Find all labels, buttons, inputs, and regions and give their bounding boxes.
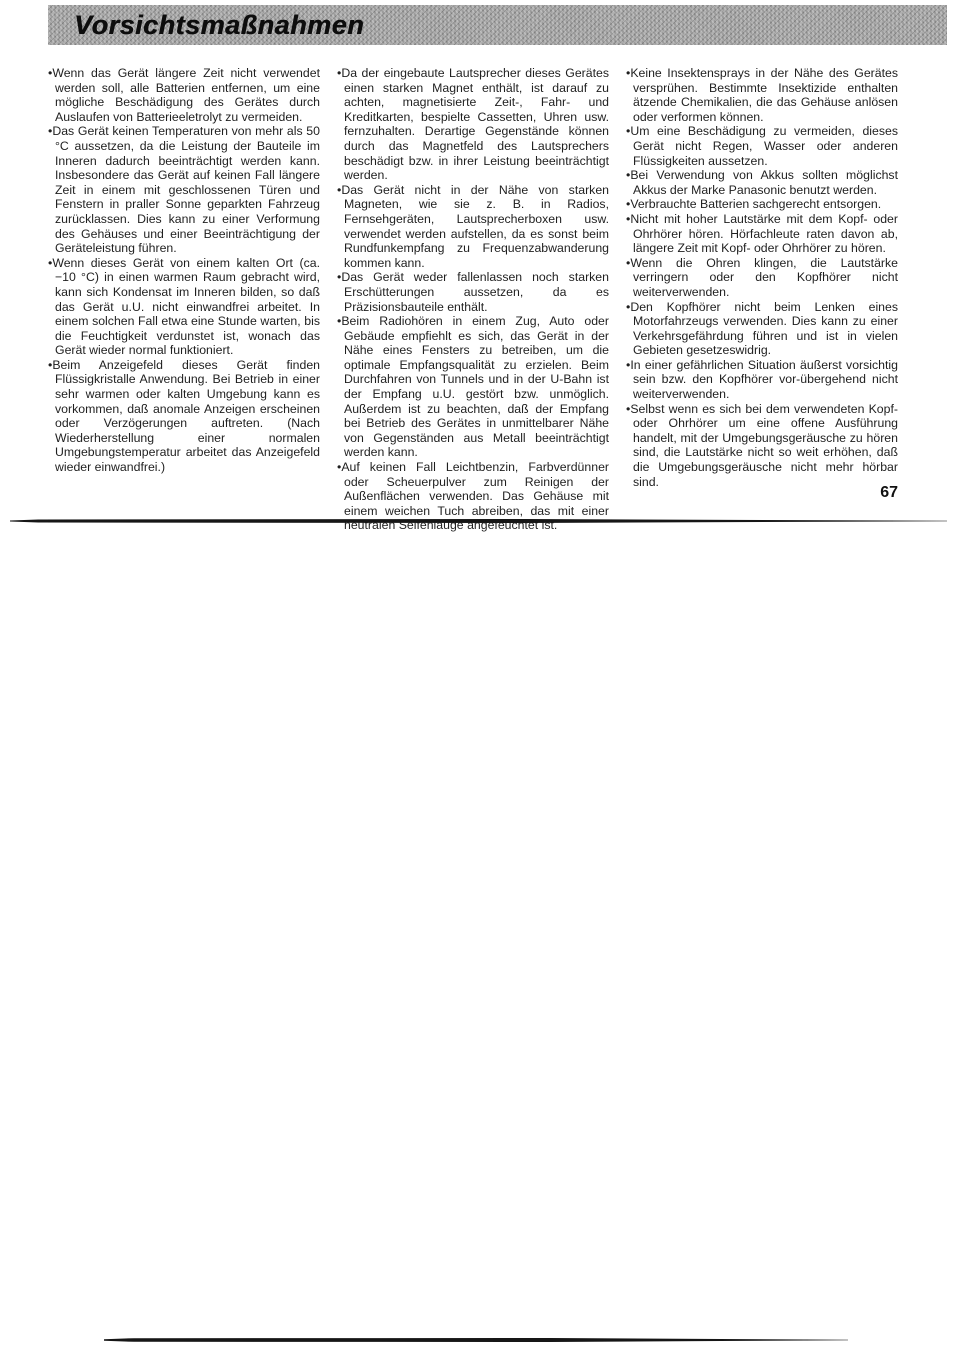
precaution-item: Beim Radiohören in einem Zug, Auto oder … (337, 314, 609, 460)
precaution-item: Verbrauchte Batterien sachgerecht entsor… (626, 197, 898, 212)
precaution-item: Wenn das Gerät längere Zeit nicht verwen… (48, 66, 320, 124)
precaution-item: Das Gerät weder fallenlassen noch starke… (337, 270, 609, 314)
text-column-3: Keine Insektensprays in der Nähe des Ger… (626, 66, 898, 489)
precaution-item: Den Kopfhörer nicht beim Lenken eines Mo… (626, 300, 898, 358)
precaution-item: Bei Verwendung von Akkus sollten möglich… (626, 168, 898, 197)
section-header-bar: Vorsichtsmaßnahmen (48, 5, 947, 45)
text-column-2: Da der eingebaute Lautsprecher dieses Ge… (337, 66, 609, 533)
page-number: 67 (626, 484, 898, 502)
precaution-item: In einer gefährlichen Situation äußerst … (626, 358, 898, 402)
precaution-item: Das Gerät nicht in der Nähe von starken … (337, 183, 609, 271)
page-title: Vorsichtsmaßnahmen (48, 10, 364, 41)
bottom-scan-line (104, 1338, 848, 1342)
precaution-item: Um eine Beschädigung zu vermeiden, diese… (626, 124, 898, 168)
precaution-item: Das Gerät keinen Temperaturen von mehr a… (48, 124, 320, 255)
precaution-item: Nicht mit hoher Lautstärke mit dem Kopf-… (626, 212, 898, 256)
precaution-item: Beim Anzeigefeld dieses Gerät finden Flü… (48, 358, 320, 475)
text-column-1: Wenn das Gerät längere Zeit nicht verwen… (48, 66, 320, 475)
precaution-item: Wenn die Ohren klingen, die Lautstärke v… (626, 256, 898, 300)
manual-page: Vorsichtsmaßnahmen Wenn das Gerät länger… (0, 0, 954, 1349)
precaution-item: Keine Insektensprays in der Nähe des Ger… (626, 66, 898, 124)
horizontal-divider-rule (10, 519, 947, 523)
precaution-item: Wenn dieses Gerät von einem kalten Ort (… (48, 256, 320, 358)
precaution-item: Selbst wenn es sich bei dem verwendeten … (626, 402, 898, 490)
precaution-item: Da der eingebaute Lautsprecher dieses Ge… (337, 66, 609, 183)
